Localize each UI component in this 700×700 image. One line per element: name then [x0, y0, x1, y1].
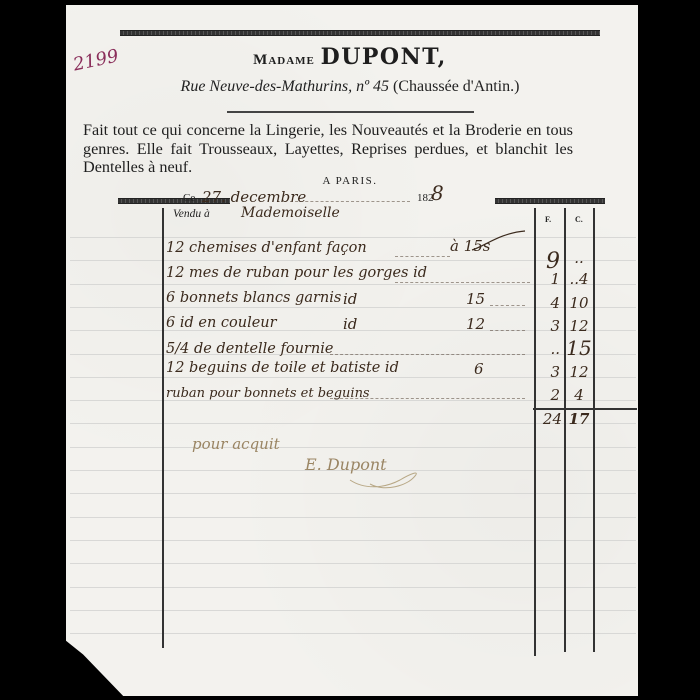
- ruled-line: [70, 563, 636, 564]
- item-centimes: ..: [565, 249, 593, 267]
- item-francs: 2: [530, 386, 560, 404]
- ruled-line: [70, 587, 636, 588]
- sold-to-handwritten: Mademoiselle: [241, 205, 340, 221]
- year-handwritten: 8: [431, 181, 444, 205]
- street: Rue Neuve-des-Mathurins: [181, 78, 349, 95]
- item-unit-price: 6: [474, 360, 484, 378]
- ruled-line: [70, 493, 636, 494]
- item-ditto: id: [343, 315, 357, 333]
- item-description: 12 mes de ruban pour les gorges id: [166, 265, 427, 281]
- address-rule: [227, 111, 474, 113]
- ruled-line: [70, 517, 636, 518]
- centimes-right-line: [593, 208, 595, 652]
- street-number: , nº 45: [348, 78, 389, 95]
- total-centimes: 17: [565, 410, 593, 428]
- receipt-note: pour acquit: [192, 435, 280, 453]
- item-centimes: 4: [565, 386, 593, 404]
- sold-to-prefix: Vendu à: [173, 208, 210, 220]
- item-leader: [330, 354, 525, 355]
- item-centimes: ..4: [565, 270, 593, 288]
- item-unit-price: 15: [466, 290, 485, 308]
- flourish-icon: [470, 228, 530, 258]
- left-margin-line: [162, 208, 164, 648]
- title-name: DUPONT,: [321, 44, 447, 70]
- ruled-line: [70, 610, 636, 611]
- item-francs: ..: [530, 340, 560, 358]
- date-leader: [290, 201, 410, 202]
- item-francs: 3: [530, 363, 560, 381]
- date-row: Ce 27. decembre 182 8: [0, 189, 700, 209]
- ruled-line: [70, 633, 636, 634]
- total-francs: 24: [532, 410, 562, 428]
- ruled-line: [70, 447, 636, 448]
- francs-header: F.: [545, 215, 551, 224]
- ruled-line: [70, 540, 636, 541]
- letterhead-title: Madame DUPONT,: [0, 44, 700, 70]
- item-ditto: id: [343, 290, 357, 308]
- ruled-line: [70, 237, 636, 238]
- item-description: 6 id en couleur: [166, 315, 277, 331]
- item-description: 5/4 de dentelle fournie: [166, 341, 333, 357]
- date-handwritten: 27. decembre: [202, 188, 306, 206]
- item-leader: [395, 256, 450, 257]
- centimes-header: C.: [575, 215, 583, 224]
- date-prefix: Ce: [183, 192, 195, 204]
- item-centimes: 12: [565, 317, 593, 335]
- item-centimes: 10: [565, 294, 593, 312]
- item-leader: [490, 330, 525, 331]
- letterhead-address: Rue Neuve-des-Mathurins, nº 45 (Chaussée…: [0, 78, 700, 96]
- date-rule-right: [495, 198, 605, 204]
- item-description: 6 bonnets blancs garnis: [166, 290, 341, 306]
- item-description: 12 chemises d'enfant façon: [166, 240, 367, 256]
- top-rule: [120, 30, 600, 36]
- item-leader: [490, 305, 525, 306]
- signature-flourish-icon: [345, 462, 425, 492]
- item-francs: 4: [530, 294, 560, 312]
- business-description: Fait tout ce qui concerne la Lingerie, l…: [83, 121, 573, 177]
- item-description: 12 beguins de toile et batiste id: [166, 360, 399, 376]
- item-francs: 3: [530, 317, 560, 335]
- item-unit-price: 12: [466, 315, 485, 333]
- title-prefix: Madame: [253, 52, 315, 68]
- item-leader: [395, 282, 530, 283]
- city-label: A PARIS.: [0, 175, 700, 187]
- item-francs: 1: [530, 270, 560, 288]
- item-centimes: 15: [565, 336, 593, 360]
- item-centimes: 12: [565, 363, 593, 381]
- item-leader: [330, 398, 525, 399]
- district: (Chaussée d'Antin.): [393, 78, 519, 95]
